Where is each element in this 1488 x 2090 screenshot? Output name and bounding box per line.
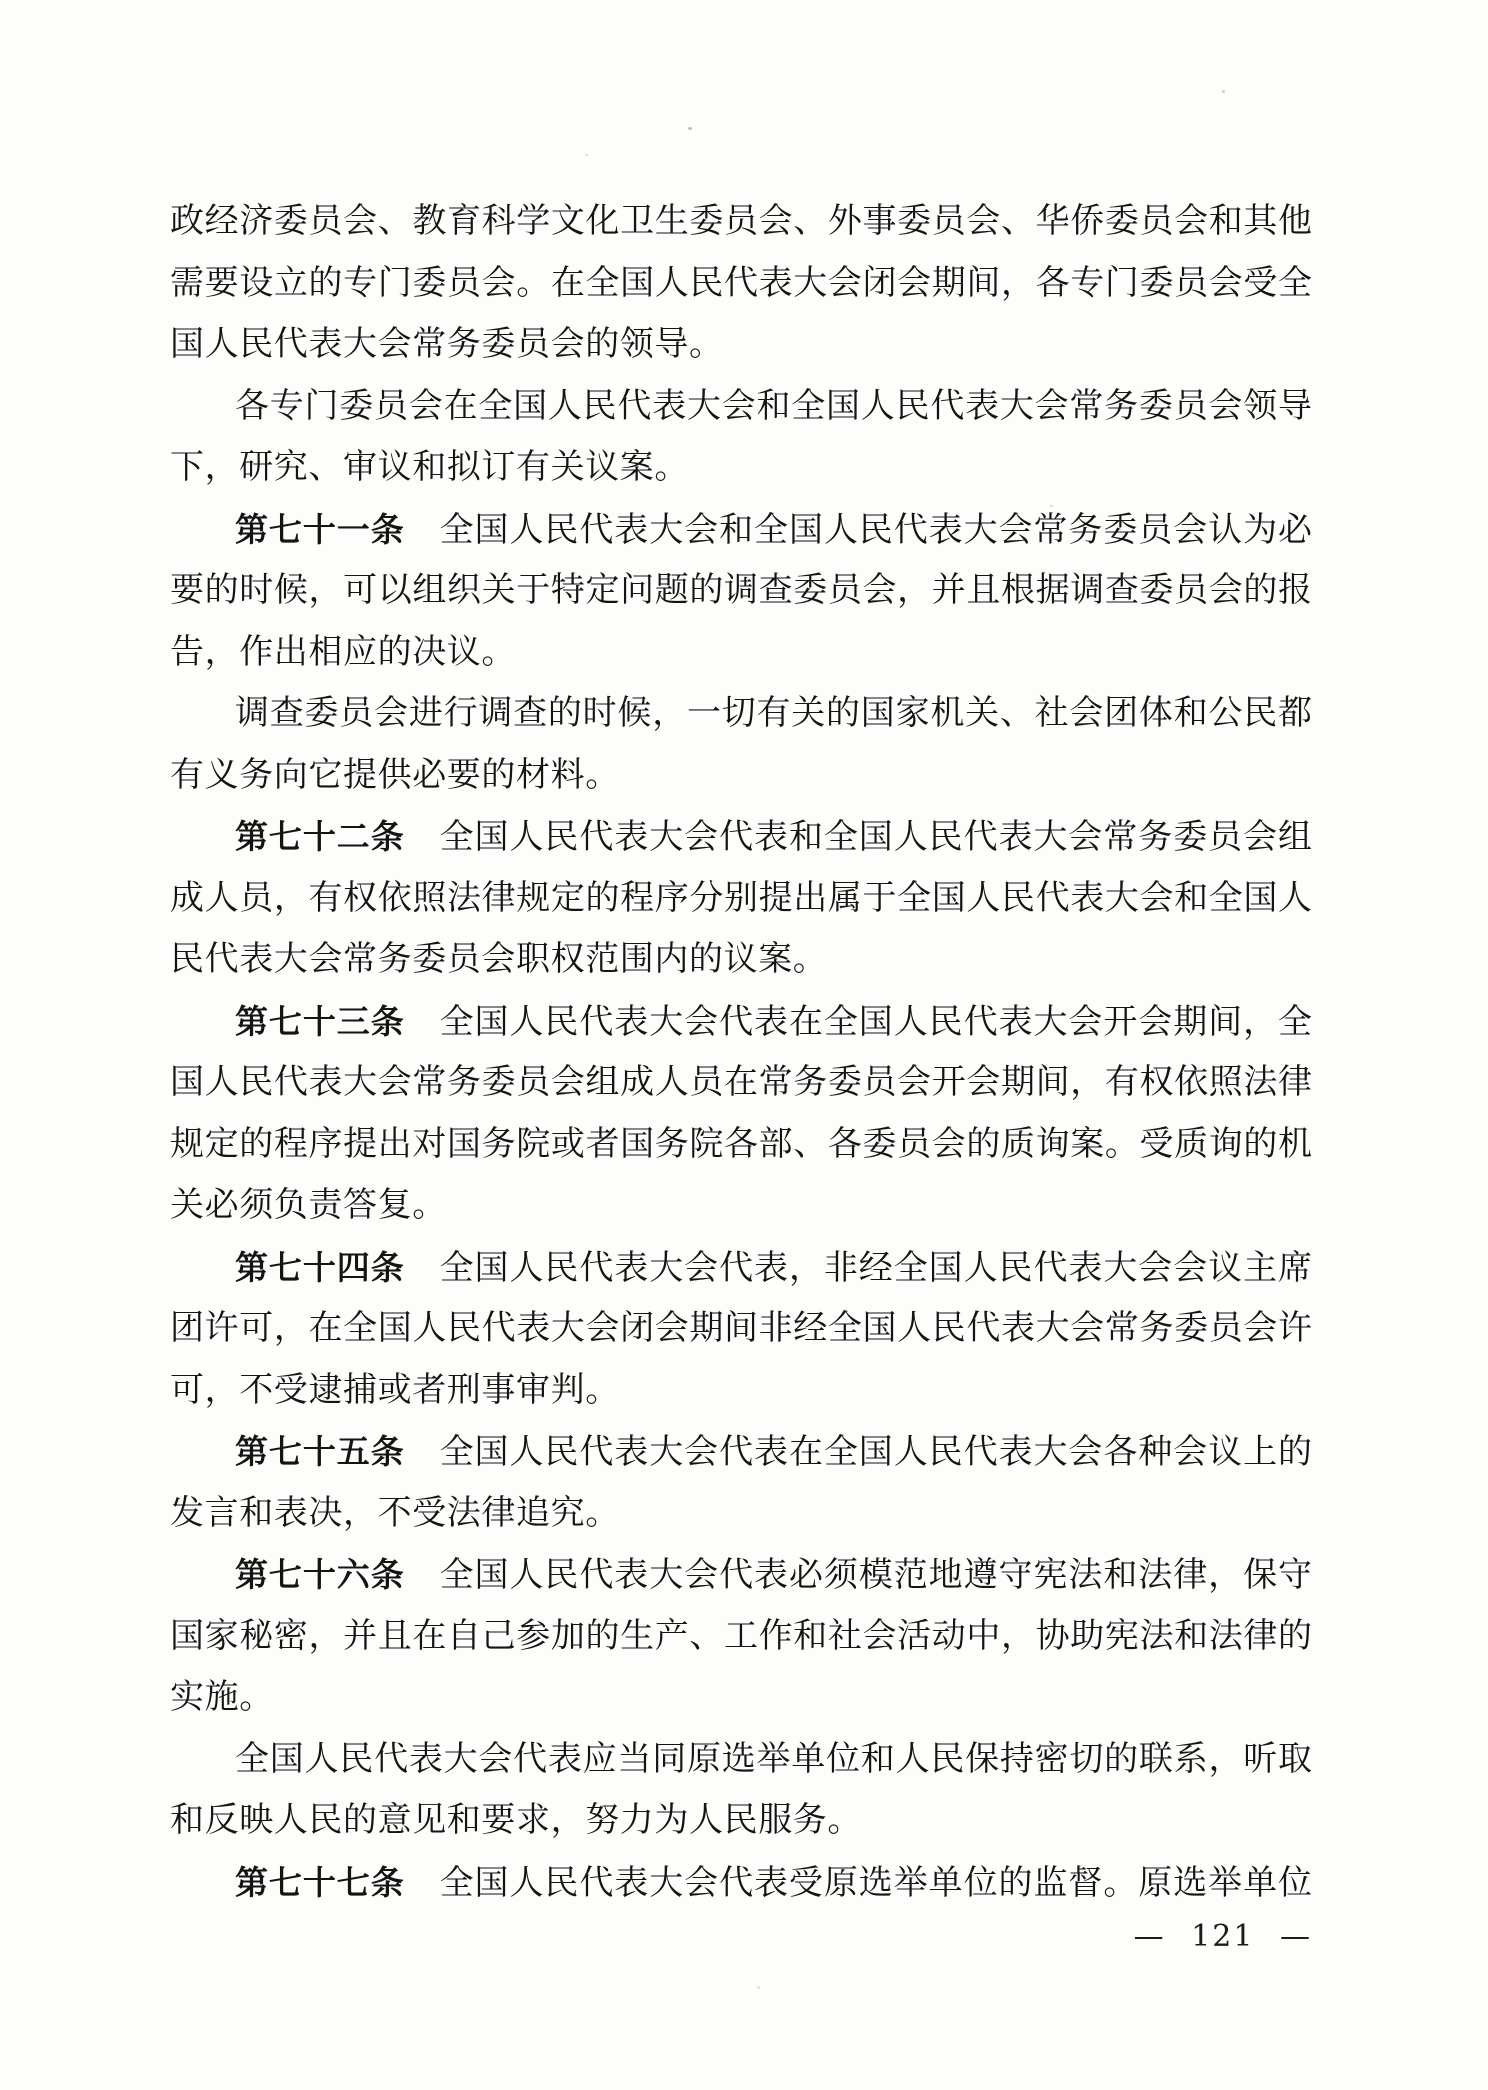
line-text: 国家秘密，并且在自己参加的生产、工作和社会活动中，协助宪法和法律的 (170, 1618, 1312, 1655)
line-text: 可，不受逮捕或者刑事审判。 (170, 1372, 620, 1409)
line-text: 成人员，有权依照法律规定的程序分别提出属于全国人民代表大会和全国人 (170, 880, 1312, 917)
text-line: 下，研究、审议和拟订有关议案。 (170, 437, 1312, 499)
text-line: 各专门委员会在全国人民代表大会和全国人民代表大会常务委员会领导 (170, 376, 1312, 438)
line-text: 关必须负责答复。 (170, 1187, 447, 1224)
article-number: 第七十二条 (235, 818, 405, 855)
scan-speck (1050, 505, 1053, 507)
line-text: 下，研究、审议和拟订有关议案。 (170, 449, 689, 486)
text-line: 第七十四条 全国人民代表大会代表，非经全国人民代表大会会议主席 (170, 1237, 1312, 1299)
line-text: 全国人民代表大会代表应当同原选举单位和人民保持密切的联系，听取 (235, 1741, 1312, 1778)
document-page: 政经济委员会、教育科学文化卫生委员会、外事委员会、华侨委员会和其他需要设立的专门… (0, 0, 1488, 2090)
line-text: 需要设立的专门委员会。在全国人民代表大会闭会期间，各专门委员会受全 (170, 265, 1312, 302)
text-line: 告，作出相应的决议。 (170, 622, 1312, 684)
article-number: 第七十五条 (235, 1433, 405, 1470)
text-line: 调查委员会进行调查的时候，一切有关的国家机关、社会团体和公民都 (170, 683, 1312, 745)
text-line: 第七十五条 全国人民代表大会代表在全国人民代表大会各种会议上的 (170, 1421, 1312, 1483)
article-number: 第七十三条 (235, 1003, 405, 1040)
text-line: 民代表大会常务委员会职权范围内的议案。 (170, 929, 1312, 991)
line-text: 和反映人民的意见和要求，努力为人民服务。 (170, 1802, 862, 1839)
line-text: 全国人民代表大会和全国人民代表大会常务委员会认为必 (405, 512, 1312, 549)
text-line: 国家秘密，并且在自己参加的生产、工作和社会活动中，协助宪法和法律的 (170, 1606, 1312, 1668)
line-text: 全国人民代表大会代表，非经全国人民代表大会会议主席 (405, 1250, 1312, 1287)
line-text: 各专门委员会在全国人民代表大会和全国人民代表大会常务委员会领导 (235, 388, 1312, 425)
text-line: 国人民代表大会常务委员会组成人员在常务委员会开会期间，有权依照法律 (170, 1052, 1312, 1114)
article-number: 第七十七条 (235, 1864, 405, 1901)
line-text: 规定的程序提出对国务院或者国务院各部、各委员会的质询案。受质询的机 (170, 1126, 1312, 1163)
text-line: 需要设立的专门委员会。在全国人民代表大会闭会期间，各专门委员会受全 (170, 253, 1312, 315)
line-text: 全国人民代表大会代表受原选举单位的监督。原选举单位 (405, 1865, 1312, 1902)
scan-speck (430, 659, 432, 662)
line-text: 全国人民代表大会代表和全国人民代表大会常务委员会组 (405, 819, 1312, 856)
text-line: 第七十六条 全国人民代表大会代表必须模范地遵守宪法和法律，保守 (170, 1544, 1312, 1606)
scan-speck (1222, 90, 1225, 93)
line-text: 实施。 (170, 1679, 274, 1716)
text-line: 成人员，有权依照法律规定的程序分别提出属于全国人民代表大会和全国人 (170, 868, 1312, 930)
page-number: — 121 — (1134, 1918, 1312, 1956)
text-line: 第七十七条 全国人民代表大会代表受原选举单位的监督。原选举单位 (170, 1852, 1312, 1914)
body-text: 政经济委员会、教育科学文化卫生委员会、外事委员会、华侨委员会和其他需要设立的专门… (170, 191, 1312, 1913)
line-text: 全国人民代表大会代表在全国人民代表大会各种会议上的 (405, 1434, 1312, 1471)
line-text: 要的时候，可以组织关于特定问题的调查委员会，并且根据调查委员会的报 (170, 572, 1312, 609)
text-line: 有义务向它提供必要的材料。 (170, 745, 1312, 807)
text-line: 实施。 (170, 1667, 1312, 1729)
text-line: 第七十三条 全国人民代表大会代表在全国人民代表大会开会期间，全 (170, 991, 1312, 1053)
line-text: 有义务向它提供必要的材料。 (170, 757, 620, 794)
line-text: 全国人民代表大会代表在全国人民代表大会开会期间，全 (405, 1004, 1312, 1041)
line-text: 国人民代表大会常务委员会的领导。 (170, 326, 724, 363)
article-number: 第七十六条 (235, 1556, 405, 1593)
text-line: 第七十二条 全国人民代表大会代表和全国人民代表大会常务委员会组 (170, 806, 1312, 868)
text-line: 全国人民代表大会代表应当同原选举单位和人民保持密切的联系，听取 (170, 1729, 1312, 1791)
line-text: 团许可，在全国人民代表大会闭会期间非经全国人民代表大会常务委员会许 (170, 1310, 1312, 1347)
text-line: 政经济委员会、教育科学文化卫生委员会、外事委员会、华侨委员会和其他 (170, 191, 1312, 253)
text-line: 可，不受逮捕或者刑事审判。 (170, 1360, 1312, 1422)
scan-speck (585, 154, 588, 156)
line-text: 国人民代表大会常务委员会组成人员在常务委员会开会期间，有权依照法律 (170, 1064, 1312, 1101)
article-number: 第七十一条 (235, 511, 405, 548)
text-line: 规定的程序提出对国务院或者国务院各部、各委员会的质询案。受质询的机 (170, 1114, 1312, 1176)
article-number: 第七十四条 (235, 1249, 405, 1286)
text-line: 第七十一条 全国人民代表大会和全国人民代表大会常务委员会认为必 (170, 499, 1312, 561)
line-text: 告，作出相应的决议。 (170, 634, 516, 671)
line-text: 发言和表决，不受法律追究。 (170, 1495, 620, 1532)
text-line: 发言和表决，不受法律追究。 (170, 1483, 1312, 1545)
line-text: 全国人民代表大会代表必须模范地遵守宪法和法律，保守 (405, 1557, 1312, 1594)
text-line: 关必须负责答复。 (170, 1175, 1312, 1237)
scan-speck (757, 1986, 760, 1989)
text-line: 国人民代表大会常务委员会的领导。 (170, 314, 1312, 376)
text-line: 要的时候，可以组织关于特定问题的调查委员会，并且根据调查委员会的报 (170, 560, 1312, 622)
scan-speck (688, 127, 692, 130)
text-line: 和反映人民的意见和要求，努力为人民服务。 (170, 1790, 1312, 1852)
text-line: 团许可，在全国人民代表大会闭会期间非经全国人民代表大会常务委员会许 (170, 1298, 1312, 1360)
line-text: 民代表大会常务委员会职权范围内的议案。 (170, 941, 827, 978)
line-text: 政经济委员会、教育科学文化卫生委员会、外事委员会、华侨委员会和其他 (170, 203, 1312, 240)
line-text: 调查委员会进行调查的时候，一切有关的国家机关、社会团体和公民都 (235, 695, 1312, 732)
